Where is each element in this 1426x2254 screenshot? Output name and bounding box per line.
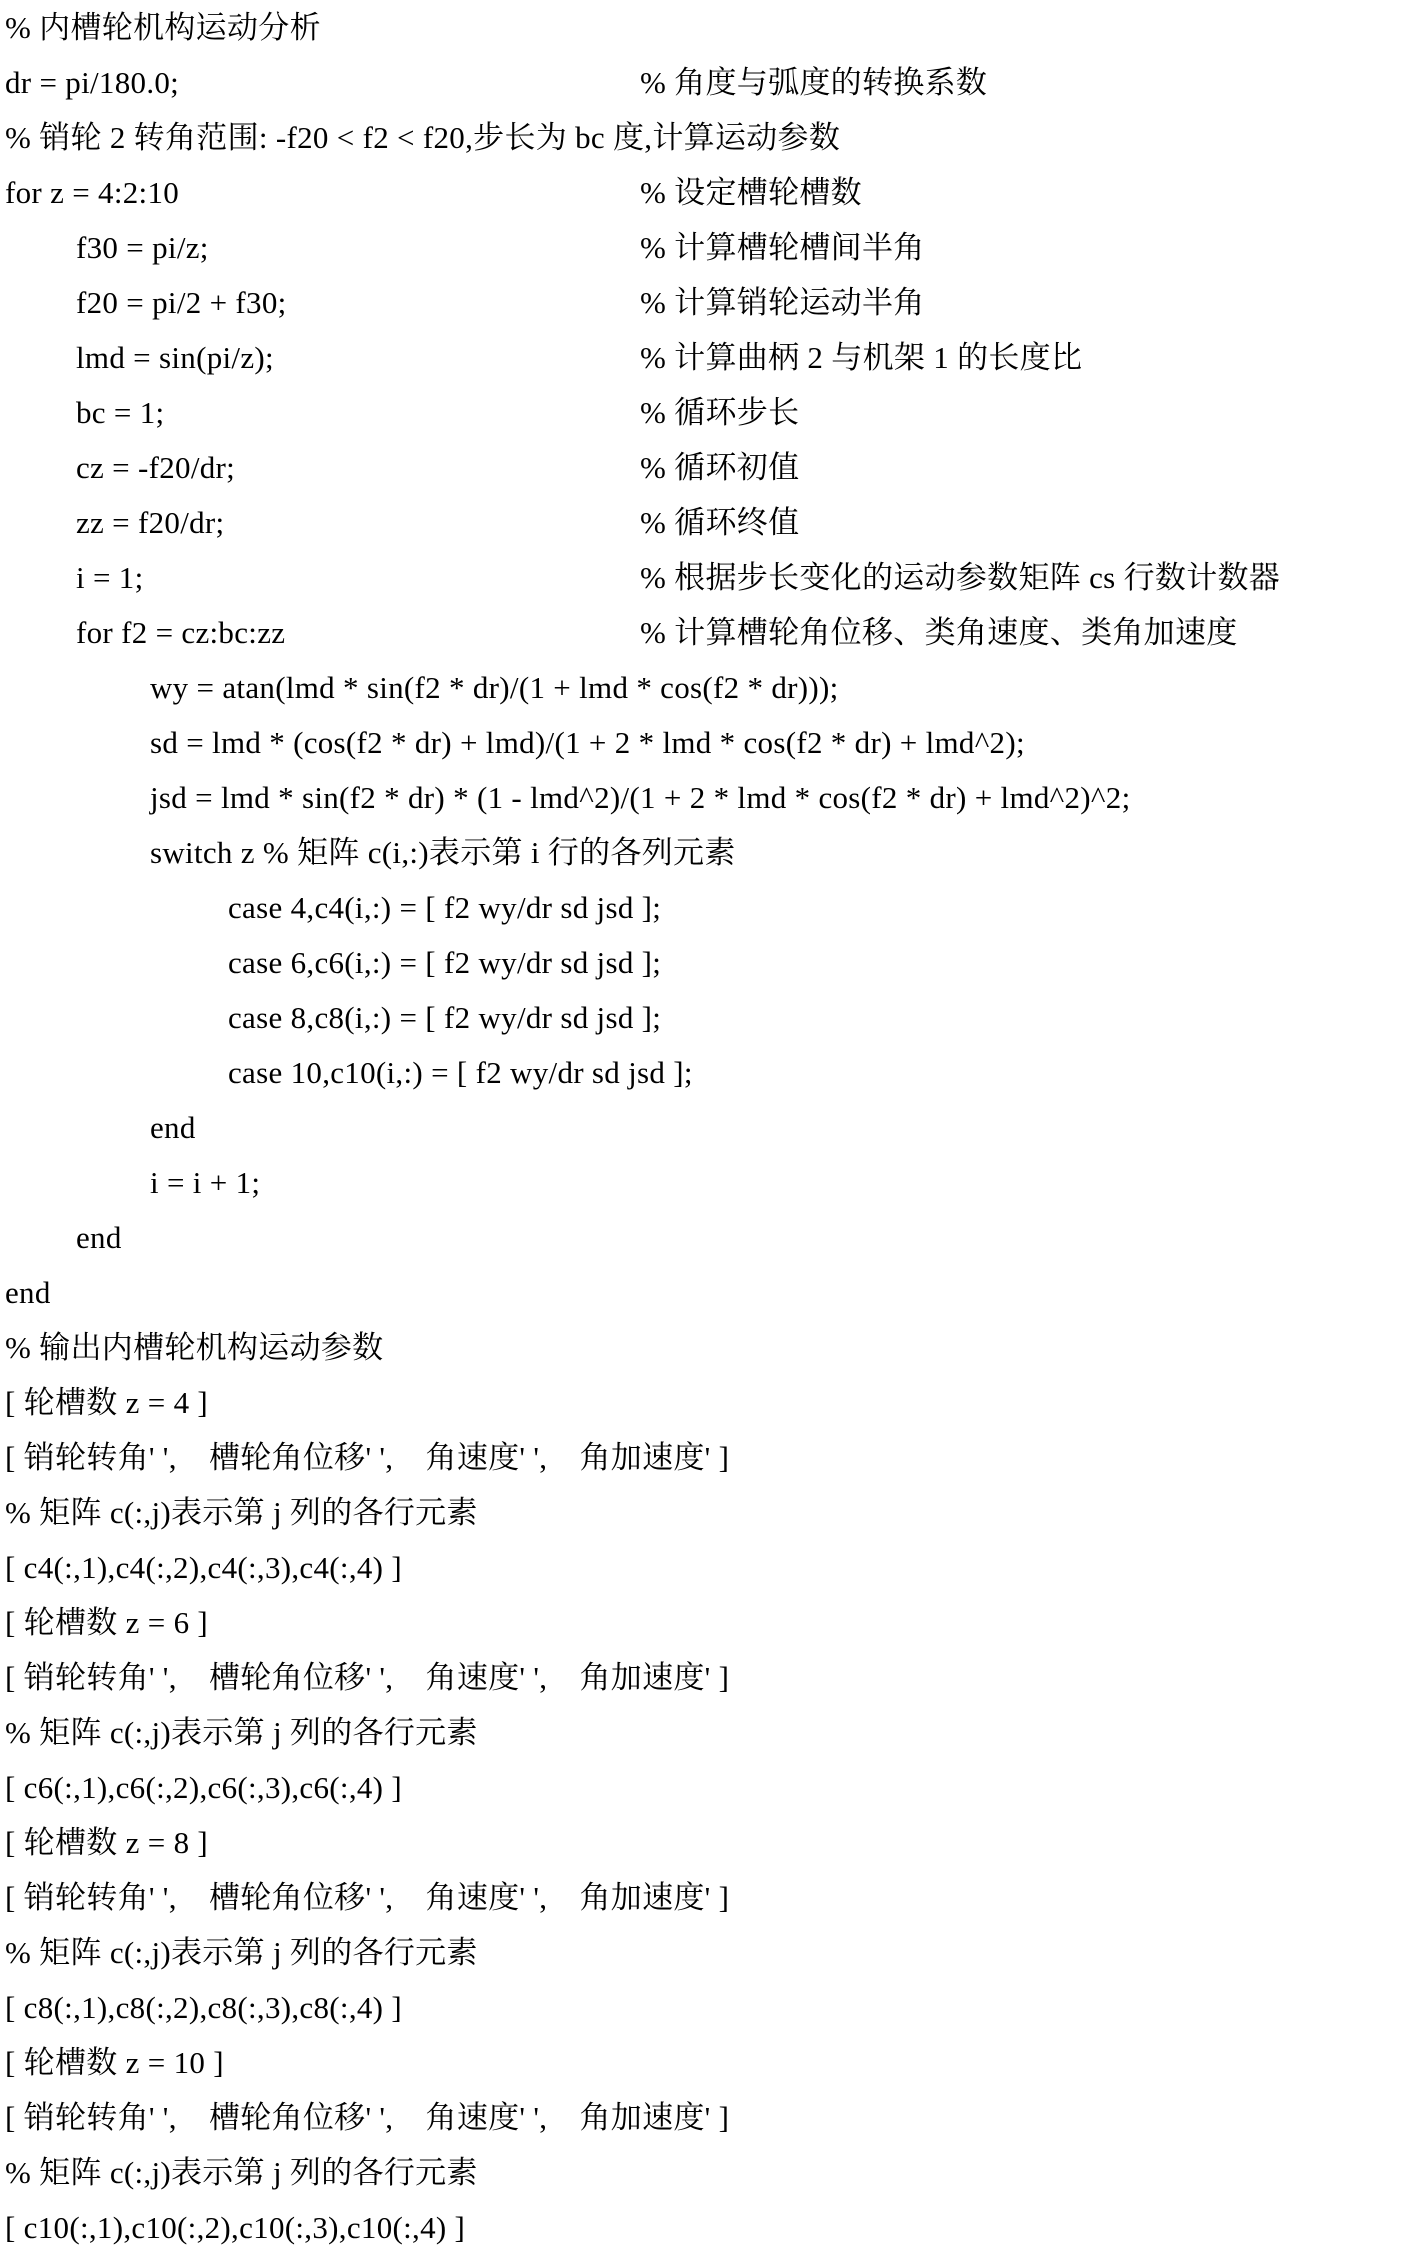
comment-text: % 计算曲柄 2 与机架 1 的长度比 [640,330,1082,385]
code-line: case 10,c10(i,:) = [ f2 wy/dr sd jsd ]; [0,1045,1426,1100]
comment-text: % 计算销轮运动半角 [640,275,925,330]
code-text: sd = lmd * (cos(f2 * dr) + lmd)/(1 + 2 *… [150,725,1025,760]
code-line: end [0,1100,1426,1155]
matlab-code-listing: % 内槽轮机构运动分析dr = pi/180.0;% 角度与弧度的转换系数% 销… [0,0,1426,2254]
code-text: bc = 1; [76,395,164,430]
document-page: % 内槽轮机构运动分析dr = pi/180.0;% 角度与弧度的转换系数% 销… [0,0,1426,2254]
code-text: [ c10(:,1),c10(:,2),c10(:,3),c10(:,4) ] [5,2210,465,2245]
comment-text: % 计算槽轮角位移、类角速度、类角加速度 [640,605,1238,660]
code-line: end [0,1265,1426,1320]
code-line: jsd = lmd * sin(f2 * dr) * (1 - lmd^2)/(… [0,770,1426,825]
code-text: case 10,c10(i,:) = [ f2 wy/dr sd jsd ]; [228,1055,693,1090]
code-text: f30 = pi/z; [76,230,209,265]
code-text: [ 销轮转角' ', 槽轮角位移' ', 角速度' ', 角加速度' ] [5,1660,729,1695]
code-text: [ 轮槽数 z = 4 ] [5,1385,208,1420]
code-line: cz = -f20/dr;% 循环初值 [0,440,1426,495]
code-line: [ 销轮转角' ', 槽轮角位移' ', 角速度' ', 角加速度' ] [0,1650,1426,1705]
code-text: [ 销轮转角' ', 槽轮角位移' ', 角速度' ', 角加速度' ] [5,1880,729,1915]
code-text: % 矩阵 c(:,j)表示第 j 列的各行元素 [5,2155,478,2190]
code-line: % 输出内槽轮机构运动参数 [0,1320,1426,1375]
comment-text: % 循环初值 [640,440,799,495]
comment-text: % 循环步长 [640,385,799,440]
code-line: % 销轮 2 转角范围: -f20 < f2 < f20,步长为 bc 度,计算… [0,110,1426,165]
code-line: lmd = sin(pi/z);% 计算曲柄 2 与机架 1 的长度比 [0,330,1426,385]
code-line: i = 1;% 根据步长变化的运动参数矩阵 cs 行数计数器 [0,550,1426,605]
code-text: end [76,1220,122,1255]
code-text: lmd = sin(pi/z); [76,340,274,375]
code-line: [ 轮槽数 z = 4 ] [0,1375,1426,1430]
code-text: wy = atan(lmd * sin(f2 * dr)/(1 + lmd * … [150,670,839,705]
code-line: [ 轮槽数 z = 6 ] [0,1595,1426,1650]
code-line: [ c6(:,1),c6(:,2),c6(:,3),c6(:,4) ] [0,1760,1426,1815]
code-text: cz = -f20/dr; [76,450,235,485]
code-line: f30 = pi/z;% 计算槽轮槽间半角 [0,220,1426,275]
code-text: i = i + 1; [150,1165,260,1200]
code-line: zz = f20/dr;% 循环终值 [0,495,1426,550]
code-line: [ c10(:,1),c10(:,2),c10(:,3),c10(:,4) ] [0,2200,1426,2254]
code-line: f20 = pi/2 + f30;% 计算销轮运动半角 [0,275,1426,330]
code-line: % 内槽轮机构运动分析 [0,0,1426,55]
code-text: switch z % 矩阵 c(i,:)表示第 i 行的各列元素 [150,835,736,870]
code-text: % 销轮 2 转角范围: -f20 < f2 < f20,步长为 bc 度,计算… [5,120,840,155]
comment-text: % 角度与弧度的转换系数 [640,55,987,110]
code-line: [ 销轮转角' ', 槽轮角位移' ', 角速度' ', 角加速度' ] [0,2090,1426,2145]
code-line: for z = 4:2:10% 设定槽轮槽数 [0,165,1426,220]
code-line: for f2 = cz:bc:zz% 计算槽轮角位移、类角速度、类角加速度 [0,605,1426,660]
code-text: [ 销轮转角' ', 槽轮角位移' ', 角速度' ', 角加速度' ] [5,1440,729,1475]
code-text: [ 销轮转角' ', 槽轮角位移' ', 角速度' ', 角加速度' ] [5,2100,729,2135]
code-text: % 矩阵 c(:,j)表示第 j 列的各行元素 [5,1715,478,1750]
code-line: [ c4(:,1),c4(:,2),c4(:,3),c4(:,4) ] [0,1540,1426,1595]
code-line: case 6,c6(i,:) = [ f2 wy/dr sd jsd ]; [0,935,1426,990]
code-text: for z = 4:2:10 [5,175,179,210]
code-text: % 矩阵 c(:,j)表示第 j 列的各行元素 [5,1495,478,1530]
code-line: % 矩阵 c(:,j)表示第 j 列的各行元素 [0,1925,1426,1980]
code-line: dr = pi/180.0;% 角度与弧度的转换系数 [0,55,1426,110]
code-text: end [5,1275,51,1310]
code-text: case 4,c4(i,:) = [ f2 wy/dr sd jsd ]; [228,890,661,925]
code-text: f20 = pi/2 + f30; [76,285,287,320]
code-line: % 矩阵 c(:,j)表示第 j 列的各行元素 [0,1485,1426,1540]
code-line: switch z % 矩阵 c(i,:)表示第 i 行的各列元素 [0,825,1426,880]
code-text: [ 轮槽数 z = 8 ] [5,1825,208,1860]
comment-text: % 设定槽轮槽数 [640,165,862,220]
code-line: [ 销轮转角' ', 槽轮角位移' ', 角速度' ', 角加速度' ] [0,1870,1426,1925]
code-text: end [150,1110,196,1145]
code-line: case 4,c4(i,:) = [ f2 wy/dr sd jsd ]; [0,880,1426,935]
code-line: [ 轮槽数 z = 8 ] [0,1815,1426,1870]
code-line: i = i + 1; [0,1155,1426,1210]
code-line: [ c8(:,1),c8(:,2),c8(:,3),c8(:,4) ] [0,1980,1426,2035]
code-line: [ 销轮转角' ', 槽轮角位移' ', 角速度' ', 角加速度' ] [0,1430,1426,1485]
code-text: [ c6(:,1),c6(:,2),c6(:,3),c6(:,4) ] [5,1770,402,1805]
code-line: end [0,1210,1426,1265]
code-text: [ 轮槽数 z = 10 ] [5,2045,224,2080]
code-line: bc = 1;% 循环步长 [0,385,1426,440]
code-line: wy = atan(lmd * sin(f2 * dr)/(1 + lmd * … [0,660,1426,715]
code-text: dr = pi/180.0; [5,65,179,100]
code-text: [ 轮槽数 z = 6 ] [5,1605,208,1640]
code-text: for f2 = cz:bc:zz [76,615,285,650]
code-text: [ c8(:,1),c8(:,2),c8(:,3),c8(:,4) ] [5,1990,402,2025]
code-text: zz = f20/dr; [76,505,224,540]
code-text: case 8,c8(i,:) = [ f2 wy/dr sd jsd ]; [228,1000,661,1035]
code-text: % 内槽轮机构运动分析 [5,10,321,45]
code-line: % 矩阵 c(:,j)表示第 j 列的各行元素 [0,1705,1426,1760]
code-text: jsd = lmd * sin(f2 * dr) * (1 - lmd^2)/(… [150,780,1131,815]
code-line: case 8,c8(i,:) = [ f2 wy/dr sd jsd ]; [0,990,1426,1045]
code-text: [ c4(:,1),c4(:,2),c4(:,3),c4(:,4) ] [5,1550,402,1585]
code-text: % 输出内槽轮机构运动参数 [5,1330,383,1365]
code-text: case 6,c6(i,:) = [ f2 wy/dr sd jsd ]; [228,945,661,980]
code-text: i = 1; [76,560,144,595]
comment-text: % 根据步长变化的运动参数矩阵 cs 行数计数器 [640,550,1280,605]
code-line: [ 轮槽数 z = 10 ] [0,2035,1426,2090]
comment-text: % 循环终值 [640,495,799,550]
code-line: sd = lmd * (cos(f2 * dr) + lmd)/(1 + 2 *… [0,715,1426,770]
code-text: % 矩阵 c(:,j)表示第 j 列的各行元素 [5,1935,478,1970]
comment-text: % 计算槽轮槽间半角 [640,220,925,275]
code-line: % 矩阵 c(:,j)表示第 j 列的各行元素 [0,2145,1426,2200]
